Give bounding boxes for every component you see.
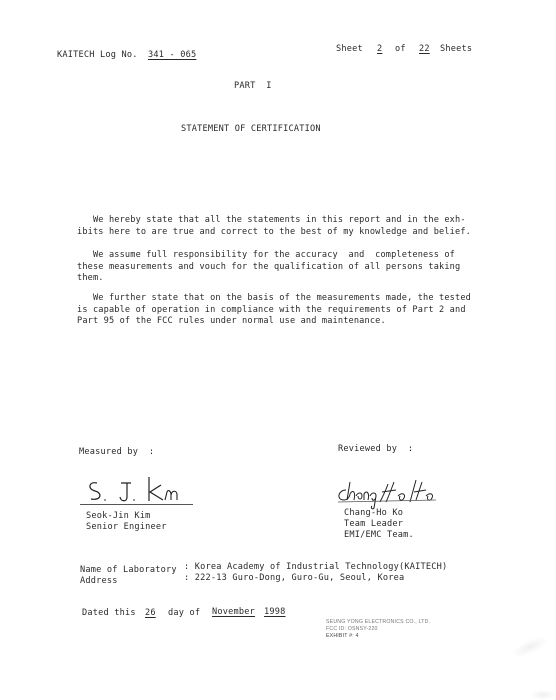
measured-by-label: Measured by :: [79, 447, 154, 457]
log-number: 341 - 065: [148, 50, 196, 60]
reviewed-by-team: EMI/EMC Team.: [344, 530, 414, 540]
dated-middle: day of: [168, 608, 200, 618]
measured-by-title: Senior Engineer: [86, 522, 167, 532]
stamp-exhibit: EXHIBIT #: 4: [326, 633, 359, 639]
lab-name-label: Name of Laboratory: [80, 565, 177, 575]
lab-name-value: : Korea Academy of Industrial Technology…: [184, 562, 447, 572]
paragraph-2: We assume full responsibility for the ac…: [77, 250, 460, 285]
reviewed-by-label: Reviewed by :: [338, 444, 413, 454]
signature-ch-ko: [336, 478, 446, 508]
address-value: : 222-13 Guro-Dong, Guro-Gu, Seoul, Kore…: [184, 573, 404, 583]
sheets-label: Sheets: [440, 44, 472, 54]
reviewed-by-name: Chang-Ho Ko: [344, 508, 403, 518]
paragraph-3: We further state that on the basis of th…: [77, 293, 471, 328]
log-label: KAITECH Log No.: [57, 50, 138, 60]
dated-year: 1998: [264, 607, 286, 617]
scan-smudge: [509, 632, 551, 662]
signature-sj-kim: [85, 475, 205, 507]
sheet-label: Sheet: [336, 44, 363, 54]
sheet-number: 2: [377, 44, 382, 54]
stamp-fcc-id: FCC ID: OSNSY-220: [326, 626, 378, 632]
signature-line-measured: [80, 504, 193, 505]
part-title: PART I: [234, 81, 272, 91]
paragraph-1: We hereby state that all the statements …: [77, 215, 471, 238]
address-label: Address: [80, 576, 118, 586]
dated-prefix: Dated this: [82, 608, 136, 618]
measured-by-name: Seok-Jin Kim: [86, 511, 151, 521]
statement-title: STATEMENT OF CERTIFICATION: [181, 124, 321, 134]
of-label: of: [395, 44, 406, 54]
dated-month: November: [212, 607, 255, 617]
reviewed-by-title: Team Leader: [344, 519, 403, 529]
stamp-company: SEUNG YONG ELECTRONICS CO., LTD.: [326, 619, 430, 625]
scan-smudge: [530, 690, 556, 700]
dated-day: 26: [145, 608, 156, 618]
total-sheets: 22: [419, 44, 430, 54]
